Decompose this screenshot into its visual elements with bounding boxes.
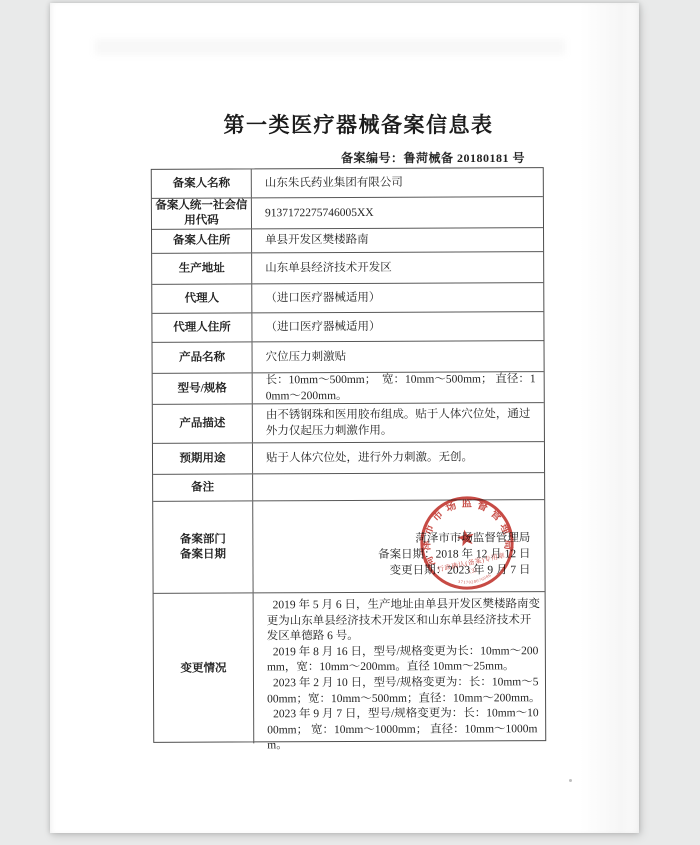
row-value: 长：10mm～500mm； 宽：10mm～500mm； 直径：10mm～200m… bbox=[253, 372, 544, 403]
row-value: 贴于人体穴位处，进行外力刺激。无创。 bbox=[253, 442, 544, 473]
filing-dept-cell: 菏泽市市场监督管理局 备案日期：2018 年 12 月 12 日 变更日期：20… bbox=[253, 500, 544, 592]
row-label: 变更情况 bbox=[154, 593, 255, 743]
filing-date: 备案日期：2018 年 12 月 12 日 bbox=[378, 546, 530, 563]
table-row: 备案人名称 山东朱氏药业集团有限公司 bbox=[152, 168, 543, 199]
change-entry: 2023 年 9 月 7 日，型号/规格变更为：长：10mm～1000mm； 宽… bbox=[267, 706, 541, 754]
table-row: 代理人住所 （进口医疗器械适用） bbox=[152, 312, 543, 343]
row-label: 型号/规格 bbox=[153, 373, 253, 403]
bleed-through-ghost bbox=[95, 39, 565, 55]
row-value: 山东单县经济技术开发区 bbox=[252, 252, 543, 283]
filing-info-table: 备案人名称 山东朱氏药业集团有限公司 备案人统一社会信用代码 913717227… bbox=[151, 167, 547, 743]
table-row: 代理人 （进口医疗器械适用） bbox=[152, 283, 543, 314]
table-row: 产品描述 由不锈钢珠和医用胶布组成。贴于人体穴位处，通过外力仅起压力刺激作用。 bbox=[153, 403, 544, 444]
table-row: 预期用途 贴于人体穴位处，进行外力刺激。无创。 bbox=[153, 442, 544, 475]
table-row: 型号/规格 长：10mm～500mm； 宽：10mm～500mm； 直径：10m… bbox=[153, 372, 544, 405]
row-value: 9137172275746005XX bbox=[252, 197, 543, 228]
page-title: 第一类医疗器械备案信息表 bbox=[152, 109, 545, 139]
row-label: 代理人住所 bbox=[152, 313, 252, 341]
changes-row: 变更情况 2019 年 5 月 6 日，生产地址由单县开发区樊楼路南变更为山东单… bbox=[154, 592, 546, 744]
row-label: 备注 bbox=[153, 474, 253, 500]
table-row: 备案人统一社会信用代码 9137172275746005XX bbox=[152, 197, 543, 230]
row-value: 穴位压力刺激贴 bbox=[253, 341, 544, 372]
scan-background: 第一类医疗器械备案信息表 备案编号：鲁菏械备 20180181 号 备案人名称 … bbox=[0, 0, 700, 845]
dept-label-line2: 备案日期 bbox=[180, 547, 226, 562]
row-label: 备案部门 备案日期 bbox=[153, 501, 253, 592]
dept-label-line1: 备案部门 bbox=[180, 532, 226, 547]
changes-cell: 2019 年 5 月 6 日，生产地址由单县开发区樊楼路南变更为山东单县经济技术… bbox=[254, 592, 546, 743]
row-label: 产品描述 bbox=[153, 404, 253, 442]
row-value bbox=[253, 473, 544, 500]
row-value: 单县开发区樊楼路南 bbox=[252, 228, 543, 252]
row-label: 备案人统一社会信用代码 bbox=[152, 198, 252, 228]
filing-number: 备案编号：鲁菏械备 20180181 号 bbox=[152, 149, 545, 166]
row-label: 备案人名称 bbox=[152, 169, 252, 197]
row-label: 预期用途 bbox=[153, 443, 253, 473]
filing-dept-row: 备案部门 备案日期 菏泽市市场监督管理局 备案日期：2018 年 12 月 12… bbox=[153, 500, 544, 594]
table-row: 备注 bbox=[153, 473, 544, 502]
change-date: 变更日期：2023 年 9 月 7 日 bbox=[390, 562, 531, 579]
scan-speck bbox=[569, 779, 572, 782]
change-entry: 2019 年 8 月 16 日，型号/规格变更为长：10mm～200mm，宽：1… bbox=[267, 644, 541, 676]
scanned-page: 第一类医疗器械备案信息表 备案编号：鲁菏械备 20180181 号 备案人名称 … bbox=[50, 3, 639, 833]
change-entry: 2023 年 2 月 10 日，型号/规格变更为：长：10mm～500mm；宽：… bbox=[267, 675, 541, 707]
row-value: 山东朱氏药业集团有限公司 bbox=[252, 168, 543, 197]
row-value: （进口医疗器械适用） bbox=[252, 283, 543, 312]
row-label: 生产地址 bbox=[152, 253, 252, 283]
table-row: 备案人住所 单县开发区樊楼路南 bbox=[152, 228, 543, 254]
row-value: （进口医疗器械适用） bbox=[252, 312, 543, 341]
row-label: 代理人 bbox=[152, 284, 252, 312]
row-label: 产品名称 bbox=[153, 342, 253, 372]
row-label: 备案人住所 bbox=[152, 229, 252, 252]
table-row: 产品名称 穴位压力刺激贴 bbox=[153, 341, 544, 374]
table-row: 生产地址 山东单县经济技术开发区 bbox=[152, 252, 543, 285]
filing-department: 菏泽市市场监督管理局 bbox=[415, 530, 530, 547]
change-entry: 2019 年 5 月 6 日，生产地址由单县开发区樊楼路南变更为山东单县经济技术… bbox=[267, 597, 541, 645]
row-value: 由不锈钢珠和医用胶布组成。贴于人体穴位处，通过外力仅起压力刺激作用。 bbox=[253, 403, 544, 442]
